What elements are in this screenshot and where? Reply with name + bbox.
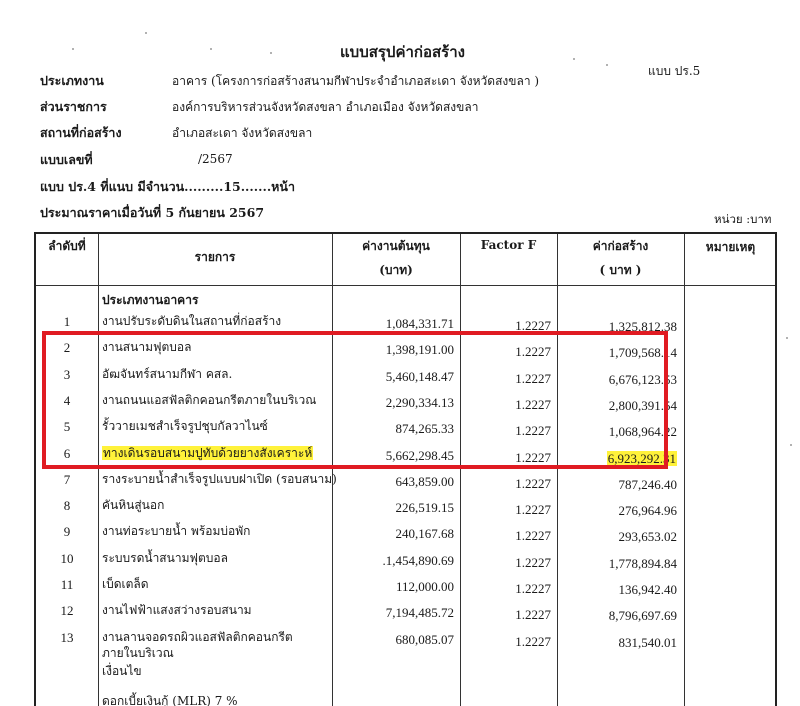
row-index: 10 — [36, 551, 98, 567]
row-item-text: งานถนนแอสฟัลติกคอนกรีตภายในบริเวณ — [102, 393, 316, 407]
row-base-cost: 226,519.15 — [332, 500, 454, 516]
row-item-text: ทางเดินรอบสนามปูทับด้วยยางสังเคราะห์ — [102, 446, 313, 460]
row-construction-cost-text: 293,653.02 — [619, 529, 678, 544]
row-factor: 1.2227 — [460, 581, 551, 597]
row-base-cost: .1,454,890.69 — [332, 553, 454, 569]
row-item: อัฒจันทร์สนามกีฬา คสล. — [102, 365, 232, 384]
row-construction-cost-text: 1,068,964.22 — [609, 424, 677, 439]
row-construction-cost: 2,800,391.54 — [557, 398, 677, 414]
row-item: รางระบายน้ำสำเร็จรูปแบบฝาเปิด (รอบสนาม) — [102, 470, 337, 489]
scan-speck — [786, 337, 788, 339]
row-construction-cost-text: 1,778,894.84 — [609, 556, 677, 571]
row-item: เบ็ดเตล็ด — [102, 575, 149, 594]
row-construction-cost: 787,246.40 — [557, 477, 677, 493]
row-base-cost: 1,084,331.71 — [332, 316, 454, 332]
interest-rate-line: ดอกเบี้ยเงินกู้ (MLR) 7 % — [102, 692, 238, 706]
row-construction-cost-text: 1,325,812.38 — [609, 319, 677, 334]
column-divider — [684, 234, 685, 706]
row-construction-cost: 1,709,568.14 — [557, 345, 677, 361]
row-construction-cost: 276,964.96 — [557, 503, 677, 519]
row-factor: 1.2227 — [460, 344, 551, 360]
row-construction-cost-text: 1,709,568.14 — [609, 345, 677, 360]
row-base-cost: 643,859.00 — [332, 474, 454, 490]
field-label-location: สถานที่ก่อสร้าง — [40, 123, 122, 143]
scanned-document-page: แบบสรุปค่าก่อสร้าง แบบ ปร.5 ประเภทงาน อา… — [0, 0, 800, 706]
row-item: คันหินสู่นอก — [102, 496, 164, 515]
row-factor: 1.2227 — [460, 423, 551, 439]
row-base-cost: 240,167.68 — [332, 526, 454, 542]
row-factor: 1.2227 — [460, 318, 551, 334]
row-construction-cost-text: 276,964.96 — [619, 503, 678, 518]
header-construction-cost: ค่าก่อสร้าง — [557, 237, 684, 256]
row-item-text: งานลานจอดรถผิวแอสฟัลติกคอนกรีต — [102, 630, 293, 644]
row-index: 8 — [36, 498, 98, 514]
cost-summary-table: ลำดับที่ รายการ ค่างานต้นทุน (บาท) Facto… — [34, 232, 777, 706]
row-index: 2 — [36, 340, 98, 356]
scan-speck — [270, 52, 272, 54]
row-construction-cost-text: 2,800,391.54 — [609, 398, 677, 413]
row-index: 11 — [36, 577, 98, 593]
header-base-cost-unit: (บาท) — [332, 261, 460, 280]
header-divider — [36, 285, 775, 286]
header-index: ลำดับที่ — [36, 237, 98, 256]
row-factor: 1.2227 — [460, 450, 551, 466]
row-item-text: รั้ววายเมชสำเร็จรูปชุบกัลวาไนซ์ — [102, 419, 268, 433]
row-index: 4 — [36, 393, 98, 409]
field-label-work-type: ประเภทงาน — [40, 71, 104, 91]
row-index: 13 — [36, 630, 98, 646]
row-item-text: งานปรับระดับดินในสถานที่ก่อสร้าง — [102, 314, 281, 328]
row-index: 7 — [36, 472, 98, 488]
conditions-title: เงื่อนไข — [102, 662, 142, 681]
row-base-cost: 7,194,485.72 — [332, 605, 454, 621]
row-base-cost: 5,460,148.47 — [332, 369, 454, 385]
row-factor: 1.2227 — [460, 371, 551, 387]
row-item-text: รางระบายน้ำสำเร็จรูปแบบฝาเปิด (รอบสนาม) — [102, 472, 337, 486]
row-factor: 1.2227 — [460, 397, 551, 413]
field-value-work-type: อาคาร (โครงการก่อสร้างสนามกีฬาประจำอำเภอ… — [172, 72, 539, 91]
row-construction-cost-text: 831,540.01 — [619, 635, 678, 650]
field-label-form-number: แบบเลขที่ — [40, 150, 93, 170]
field-label-agency: ส่วนราชการ — [40, 97, 107, 117]
field-value-agency: องค์การบริหารส่วนจังหวัดสงขลา อำเภอเมือง… — [172, 98, 478, 117]
row-construction-cost-text: 136,942.40 — [619, 582, 678, 597]
scan-speck — [72, 48, 74, 50]
row-item: งานปรับระดับดินในสถานที่ก่อสร้าง — [102, 312, 281, 331]
document-title: แบบสรุปค่าก่อสร้าง — [340, 40, 465, 64]
row-base-cost: 1,398,191.00 — [332, 342, 454, 358]
scan-speck — [606, 64, 608, 66]
row-item-text: เบ็ดเตล็ด — [102, 577, 149, 591]
row-construction-cost: 293,653.02 — [557, 529, 677, 545]
row-item: งานท่อระบายน้ำ พร้อมบ่อพัก — [102, 522, 250, 541]
row-index: 1 — [36, 314, 98, 330]
row-item-text: งานไฟฟ้าแสงสว่างรอบสนาม — [102, 603, 252, 617]
row-base-cost: 5,662,298.45 — [332, 448, 454, 464]
estimate-date-line: ประมาณราคาเมื่อวันที่ 5 กันยายน 2567 — [40, 203, 264, 223]
row-construction-cost: 1,325,812.38 — [557, 319, 677, 335]
row-base-cost: 680,085.07 — [332, 632, 454, 648]
row-item: ระบบรดน้ำสนามฟุตบอล — [102, 549, 228, 568]
row-construction-cost: 1,068,964.22 — [557, 424, 677, 440]
row-construction-cost-text: 8,796,697.69 — [609, 608, 677, 623]
row-index: 6 — [36, 446, 98, 462]
row-construction-cost: 6,676,123.53 — [557, 372, 677, 388]
field-value-location: อำเภอสะเดา จังหวัดสงขลา — [172, 124, 312, 143]
row-item: รั้ววายเมชสำเร็จรูปชุบกัลวาไนซ์ — [102, 417, 268, 436]
row-base-cost: 2,290,334.13 — [332, 395, 454, 411]
row-item: งานไฟฟ้าแสงสว่างรอบสนาม — [102, 601, 252, 620]
unit-label: หน่วย :บาท — [714, 211, 772, 229]
row-construction-cost-text: 6,923,292.31 — [607, 451, 677, 466]
row-index: 3 — [36, 367, 98, 383]
header-item: รายการ — [98, 248, 332, 267]
section-title: ประเภทงานอาคาร — [102, 291, 198, 310]
form-code: แบบ ปร.5 — [648, 62, 700, 81]
column-divider — [98, 234, 99, 706]
row-base-cost: 874,265.33 — [332, 421, 454, 437]
row-construction-cost: 8,796,697.69 — [557, 608, 677, 624]
field-value-form-number: /2567 — [198, 152, 233, 166]
row-base-cost: 112,000.00 — [332, 579, 454, 595]
row-construction-cost: 6,923,292.31 — [557, 451, 677, 467]
row-factor: 1.2227 — [460, 528, 551, 544]
row-index: 5 — [36, 419, 98, 435]
row-13-continuation: ภายในบริเวณ — [102, 644, 174, 663]
scan-speck — [210, 48, 212, 50]
row-construction-cost: 136,942.40 — [557, 582, 677, 598]
scan-speck — [145, 32, 147, 34]
row-factor: 1.2227 — [460, 607, 551, 623]
attachment-line: แบบ ปร.4 ที่แนบ มีจำนวน.........15......… — [40, 177, 295, 197]
row-item: งานถนนแอสฟัลติกคอนกรีตภายในบริเวณ — [102, 391, 316, 410]
row-factor: 1.2227 — [460, 634, 551, 650]
header-base-cost: ค่างานต้นทุน — [332, 237, 460, 256]
row-index: 12 — [36, 603, 98, 619]
header-construction-cost-unit: ( บาท ) — [557, 261, 684, 280]
row-factor: 1.2227 — [460, 555, 551, 571]
row-item-text: อัฒจันทร์สนามกีฬา คสล. — [102, 367, 232, 381]
row-item-text: งานสนามฟุตบอล — [102, 340, 191, 354]
row-item: งานสนามฟุตบอล — [102, 338, 191, 357]
row-item-text: คันหินสู่นอก — [102, 498, 164, 512]
scan-speck — [790, 444, 792, 446]
row-item-text: ระบบรดน้ำสนามฟุตบอล — [102, 551, 228, 565]
row-factor: 1.2227 — [460, 502, 551, 518]
row-construction-cost: 831,540.01 — [557, 635, 677, 651]
row-construction-cost-text: 787,246.40 — [619, 477, 678, 492]
row-construction-cost-text: 6,676,123.53 — [609, 372, 677, 387]
row-item: ทางเดินรอบสนามปูทับด้วยยางสังเคราะห์ — [102, 444, 313, 463]
row-item-text: งานท่อระบายน้ำ พร้อมบ่อพัก — [102, 524, 250, 538]
row-factor: 1.2227 — [460, 476, 551, 492]
scan-speck — [573, 58, 575, 60]
row-index: 9 — [36, 524, 98, 540]
header-remarks: หมายเหตุ — [684, 238, 777, 257]
row-construction-cost: 1,778,894.84 — [557, 556, 677, 572]
header-factor: Factor F — [460, 238, 557, 252]
